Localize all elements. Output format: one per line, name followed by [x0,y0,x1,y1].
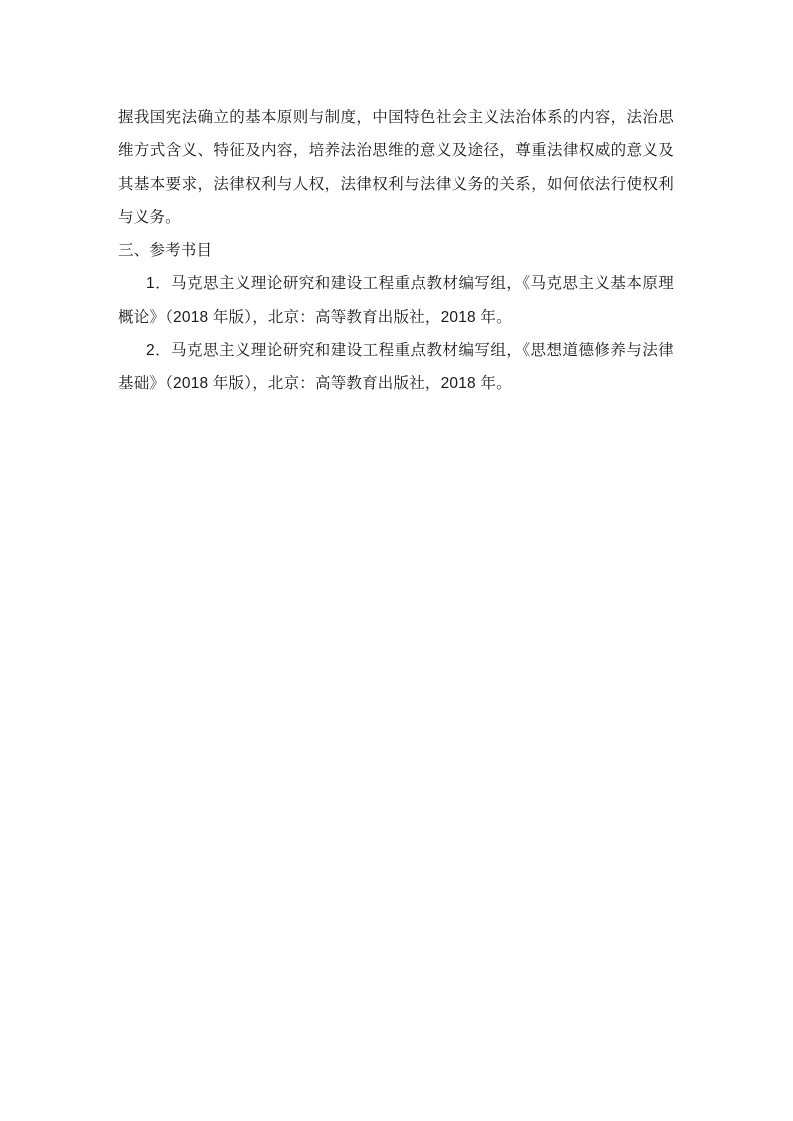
reference-1-line: 1．马克思主义理论研究和建设工程重点教材编写组，《马克思主义基本原理 [118,267,674,300]
reference-2-line: 基础》（2018 年版），北京：高等教育出版社，2018 年。 [118,367,674,400]
paragraph-line: 与义务。 [118,201,674,234]
document-page: 握我国宪法确立的基本原则与制度，中国特色社会主义法治体系的内容，法治思 维方式含… [0,0,793,1121]
section-heading: 三、参考书目 [118,234,674,267]
reference-1-line: 概论》（2018 年版），北京：高等教育出版社，2018 年。 [118,301,674,334]
text-block: 握我国宪法确立的基本原则与制度，中国特色社会主义法治体系的内容，法治思 维方式含… [118,101,674,401]
paragraph-line: 维方式含义、特征及内容，培养法治思维的意义及途径，尊重法律权威的意义及 [118,134,674,167]
paragraph-line: 握我国宪法确立的基本原则与制度，中国特色社会主义法治体系的内容，法治思 [118,101,674,134]
reference-2-line: 2．马克思主义理论研究和建设工程重点教材编写组，《思想道德修养与法律 [118,334,674,367]
paragraph-line: 其基本要求，法律权利与人权，法律权利与法律义务的关系，如何依法行使权利 [118,168,674,201]
